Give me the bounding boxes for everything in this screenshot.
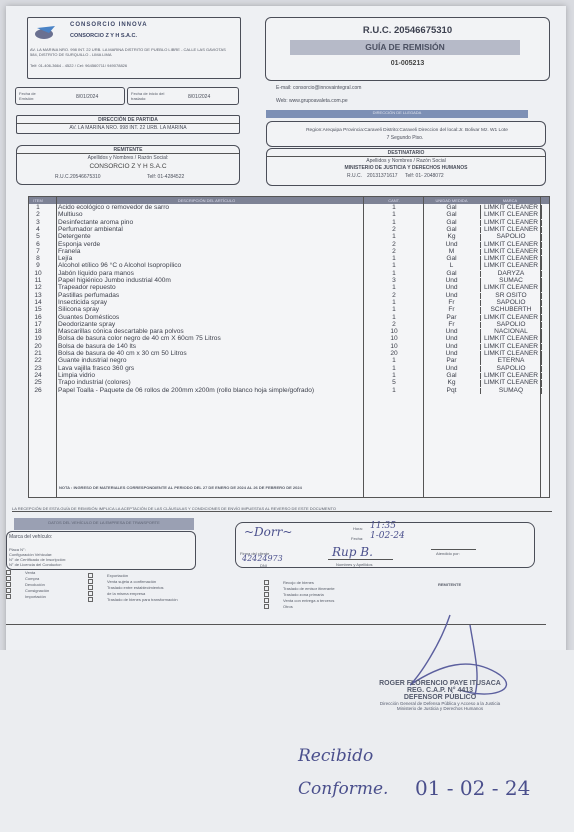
date-value: 1-02-24	[370, 531, 405, 541]
recipient-ruc-label: R.U.C.	[347, 173, 362, 179]
table-row: 1Acido ecológico o removedor de sarro1Ga…	[29, 205, 549, 212]
item-brand: LIMKIT CLEANER	[480, 212, 542, 219]
vehicle-brand-label: Marca del vehículo:	[9, 534, 52, 540]
table-row: 23Lava vajilla frasco 360 grs1UndSAPOLIO	[29, 366, 549, 373]
reason-option[interactable]: Traslado de bienes para transformación	[88, 597, 178, 603]
item-quantity: 1	[364, 234, 424, 241]
company-phones: Telf: 01-406-3664 - 4522 / Cel: 96456071…	[30, 63, 127, 68]
table-row: 5Detergente1KgSAPOLIO	[29, 234, 549, 241]
official-stamp: ROGER FLORENCIO PAYE ITUSACA REG. C.A.P.…	[340, 680, 540, 711]
table-row: 2Multiuso1GalLIMKIT CLEANER	[29, 212, 549, 219]
item-unit: Und	[424, 285, 479, 292]
company-name-legal: CONSORCIO Z Y H S.A.C.	[70, 33, 137, 39]
departure-title: DIRECCIÓN DE PARTIDA	[17, 117, 239, 123]
sender-name: CONSORCIO Z Y H S.A.C	[17, 163, 239, 170]
item-description: Silicona spray	[58, 307, 99, 314]
item-brand: SAPOLIO	[480, 234, 542, 241]
table-row: 22Guante industrial negro1ParETERNA	[29, 358, 549, 365]
sender-ruc: R.U.C.20546675310	[55, 174, 101, 180]
checkbox-icon[interactable]	[6, 582, 11, 587]
item-quantity: 1	[364, 285, 424, 292]
document-ruc: R.U.C. 20546675310	[270, 25, 545, 36]
arrival-address-line1: Region:Arequipa Provincia:Caraveli Distr…	[269, 128, 545, 134]
header-brand: MARCA	[480, 198, 540, 203]
arrival-title-bar: DIRECCIÓN DE LLEGADA	[266, 110, 528, 118]
transport-box: Marca del vehículo: Placa N°: Configurac…	[6, 531, 196, 570]
checkbox-icon[interactable]	[88, 585, 93, 590]
header-quantity: CANT.	[364, 198, 424, 203]
reason-label: Venta con entrega a terceros	[283, 598, 334, 603]
stamp-ministry: Ministerio de Justicia y Derechos Humano…	[340, 706, 540, 711]
start-date-label: Fecha de inicio del traslado:	[131, 91, 169, 101]
item-brand: SUMAQ	[480, 388, 542, 395]
stamp-registration: REG. C.A.P. N° 4413	[340, 687, 540, 694]
document-number: 01-005213	[270, 60, 545, 67]
item-quantity: 1	[364, 263, 424, 270]
item-number: 5	[29, 234, 47, 241]
item-brand: ETERNA	[480, 358, 542, 365]
checkbox-icon[interactable]	[6, 588, 11, 593]
item-unit: Kg	[424, 380, 479, 387]
item-quantity: 1	[364, 358, 424, 365]
item-brand: LIMKIT CLEANER	[480, 336, 542, 343]
recipient-title: DESTINATARIO	[267, 150, 545, 156]
table-note: NOTA : INGRESO DE MATERIALES CORRESPONDI…	[59, 485, 302, 490]
license-label: N° de Licencia del Conductor:	[9, 562, 62, 567]
company-address: AV. LA MARINA NRO. 998 INT. 22 URB. LA M…	[30, 47, 230, 57]
checkbox-icon[interactable]	[264, 586, 269, 591]
recipient-name-label: Apellidos y Nombres / Razón Social	[267, 158, 545, 164]
client-signature: ~Dorr~	[244, 525, 292, 539]
table-row: 6Esponja verde2UndLIMKIT CLEANER	[29, 242, 549, 249]
item-description: Papel Toalla - Paquete de 06 rollos de 2…	[58, 388, 314, 395]
checkbox-icon[interactable]	[6, 570, 11, 575]
company-email: E-mail: consorcio@innovaintegral.com	[276, 85, 361, 91]
reason-label: Devolución	[25, 582, 45, 587]
reason-label: Otros	[283, 604, 293, 609]
checkbox-icon[interactable]	[264, 592, 269, 597]
departure-address: AV. LA MARINA NRO. 998 INT. 22 URB. LA M…	[17, 125, 239, 131]
item-quantity: 1	[364, 388, 424, 395]
emission-date-value: 8/01/2024	[76, 94, 98, 100]
item-quantity: 1	[364, 307, 424, 314]
reason-label: Traslado de emisor itinerante	[283, 586, 335, 591]
table-row: 25Trapo industrial (colores)5KgLIMKIT CL…	[29, 380, 549, 387]
acceptance-disclaimer: LA RECEPCIÓN DE ESTA GUÍA DE REMISIÓN IM…	[12, 506, 552, 512]
table-row: 4Perfumador ambiental2GalLIMKIT CLEANER	[29, 227, 549, 234]
table-row: 26Papel Toalla - Paquete de 06 rollos de…	[29, 388, 549, 395]
recipient-ruc: 20131371617	[367, 173, 398, 179]
item-number: 25	[29, 380, 47, 387]
item-unit: L	[424, 263, 479, 270]
sender-title: REMITENTE	[17, 147, 239, 153]
item-brand: SCHUBERTH	[480, 307, 542, 314]
item-number: 2	[29, 212, 47, 219]
table-row: 15Silicona spray1FrSCHUBERTH	[29, 307, 549, 314]
reason-label: Consignación	[25, 588, 49, 593]
arrival-address-line2: 7 Segundo Piso.	[267, 135, 543, 141]
recipient-phone: Telf: 01- 2048072	[405, 173, 444, 179]
company-name-brand: CONSORCIO INNOVA	[70, 22, 148, 28]
table-row: 7Franela2MLIMKIT CLEANER	[29, 249, 549, 256]
checkbox-icon[interactable]	[88, 579, 93, 584]
table-row: 14Insecticida spray1FrSAPOLIO	[29, 300, 549, 307]
arrival-box: Region:Arequipa Provincia:Caraveli Distr…	[266, 121, 546, 147]
start-date-box: Fecha de inicio del traslado: 8/01/2024	[127, 87, 239, 105]
item-number: 15	[29, 307, 47, 314]
item-number: 12	[29, 285, 47, 292]
item-description: Trapo industrial (colores)	[58, 380, 131, 387]
header-unit: UNIDAD MEDIDA	[424, 198, 479, 203]
reception-box: ~Dorr~ Firma del cliente 42424973 DNI Ho…	[235, 522, 535, 568]
reason-label: Recojo de bienes	[283, 580, 314, 585]
recipient-name: MINISTERIO DE JUSTICIA Y DERECHOS HUMANO…	[267, 165, 545, 171]
item-brand: LIMKIT CLEANER	[480, 380, 542, 387]
sender-phone: Telf: 01-4284522	[147, 174, 184, 180]
received-date: 01 - 02 - 24	[415, 776, 530, 800]
item-brand: LIMKIT CLEANER	[480, 263, 542, 270]
company-logo-icon	[33, 24, 59, 40]
table-header: ITEM DESCRIPCIÓN DEL ARTÍCULO CANT. UNID…	[29, 197, 549, 204]
reason-label: Traslado de bienes para transformación	[107, 597, 178, 602]
transport-title-bar: DATOS DEL VEHÍCULO DE LA EMPRESA DE TRAN…	[14, 518, 194, 530]
header-description: DESCRIPCIÓN DEL ARTÍCULO	[49, 198, 364, 203]
items-table: ITEM DESCRIPCIÓN DEL ARTÍCULO CANT. UNID…	[28, 196, 550, 498]
hour-value: 11:35	[370, 521, 396, 531]
reason-label: Venta sujeta a confirmación	[107, 579, 156, 584]
sender-name-label: Apellidos y Nombres / Razón Social:	[17, 155, 239, 161]
names-label: Nombres y Apellidos	[336, 562, 372, 567]
reason-label: de la misma empresa	[107, 591, 145, 596]
checkbox-icon[interactable]	[6, 576, 11, 581]
item-unit: Par	[424, 358, 479, 365]
item-unit: Pqt	[424, 388, 479, 395]
received-note-line2: Conforme.	[298, 779, 388, 799]
attended-by-label: Atendido por:	[436, 551, 460, 556]
item-description: Alcohol etílico 96 °C o Alcohol Isopropí…	[58, 263, 181, 270]
reason-label: Traslado zona primaria	[283, 592, 324, 597]
item-quantity: 1	[364, 212, 424, 219]
item-number: 22	[29, 358, 47, 365]
header-item: ITEM	[29, 198, 47, 203]
client-dni-value: 42424973	[242, 554, 283, 563]
checkbox-icon[interactable]	[88, 573, 93, 578]
reason-label: Importación	[25, 594, 46, 599]
item-quantity: 5	[364, 380, 424, 387]
recipient-box: DESTINATARIO Apellidos y Nombres / Razón…	[266, 148, 546, 186]
start-date-value: 8/01/2024	[188, 94, 210, 100]
received-note-line1: Recibido	[298, 746, 373, 766]
item-number: 19	[29, 336, 47, 343]
item-description: Bolsa de basura color negro de 40 cm X 6…	[58, 336, 221, 343]
item-description: Detergente	[58, 234, 91, 241]
emission-date-label: Fecha de Emisión:	[19, 91, 47, 101]
checkbox-icon[interactable]	[88, 591, 93, 596]
emission-date-box: Fecha de Emisión: 8/01/2024	[15, 87, 125, 105]
item-unit: Fr	[424, 307, 479, 314]
item-quantity: 10	[364, 336, 424, 343]
checkbox-icon[interactable]	[264, 580, 269, 585]
checkbox-icon[interactable]	[88, 597, 93, 602]
date-label: Fecha:	[351, 536, 363, 541]
reason-label: Traslado entre establecimientos	[107, 585, 164, 590]
item-description: Trapeador repuesto	[58, 285, 116, 292]
sender-sign-label: REMITENTE	[438, 582, 461, 587]
checkbox-icon[interactable]	[264, 604, 269, 609]
checkbox-icon[interactable]	[264, 598, 269, 603]
table-row: 9Alcohol etílico 96 °C o Alcohol Isoprop…	[29, 263, 549, 270]
item-unit: Gal	[424, 212, 479, 219]
receiver-name-signature: Rup B.	[332, 545, 373, 559]
item-brand: LIMKIT CLEANER	[480, 285, 542, 292]
reason-label: Venta	[25, 570, 35, 575]
reason-label: Compra	[25, 576, 39, 581]
hour-label: Hora:	[353, 526, 363, 531]
reason-option[interactable]: Otros	[264, 604, 335, 610]
item-number: 9	[29, 263, 47, 270]
company-web: Web: www.grupoavaleta.com.pe	[276, 98, 348, 104]
item-unit: Kg	[424, 234, 479, 241]
item-description: Multiuso	[58, 212, 83, 219]
stamp-name: ROGER FLORENCIO PAYE ITUSACA	[340, 680, 540, 687]
reason-option[interactable]: Importación	[6, 594, 49, 600]
table-row: 13Pastillas perfumadas2UndSR OSITO	[29, 293, 549, 300]
stamp-title: DEFENSOR PÚBLICO	[340, 694, 540, 701]
dni-label: DNI	[260, 563, 267, 568]
reason-label: Exportación	[107, 573, 128, 578]
sender-box: REMITENTE Apellidos y Nombres / Razón So…	[16, 145, 240, 185]
table-row: 19Bolsa de basura color negro de 40 cm X…	[29, 336, 549, 343]
checkbox-icon[interactable]	[6, 594, 11, 599]
table-row: 12Trapeador repuesto1UndLIMKIT CLEANER	[29, 285, 549, 292]
item-number: 26	[29, 388, 47, 395]
transport-title: DATOS DEL VEHÍCULO DE LA EMPRESA DE TRAN…	[14, 518, 194, 525]
item-description: Guante industrial negro	[58, 358, 127, 365]
item-unit: Und	[424, 336, 479, 343]
arrival-title: DIRECCIÓN DE LLEGADA	[266, 110, 528, 115]
document-type: GUÍA DE REMISIÓN	[290, 40, 520, 55]
departure-box: DIRECCIÓN DE PARTIDA AV. LA MARINA NRO. …	[16, 115, 240, 134]
